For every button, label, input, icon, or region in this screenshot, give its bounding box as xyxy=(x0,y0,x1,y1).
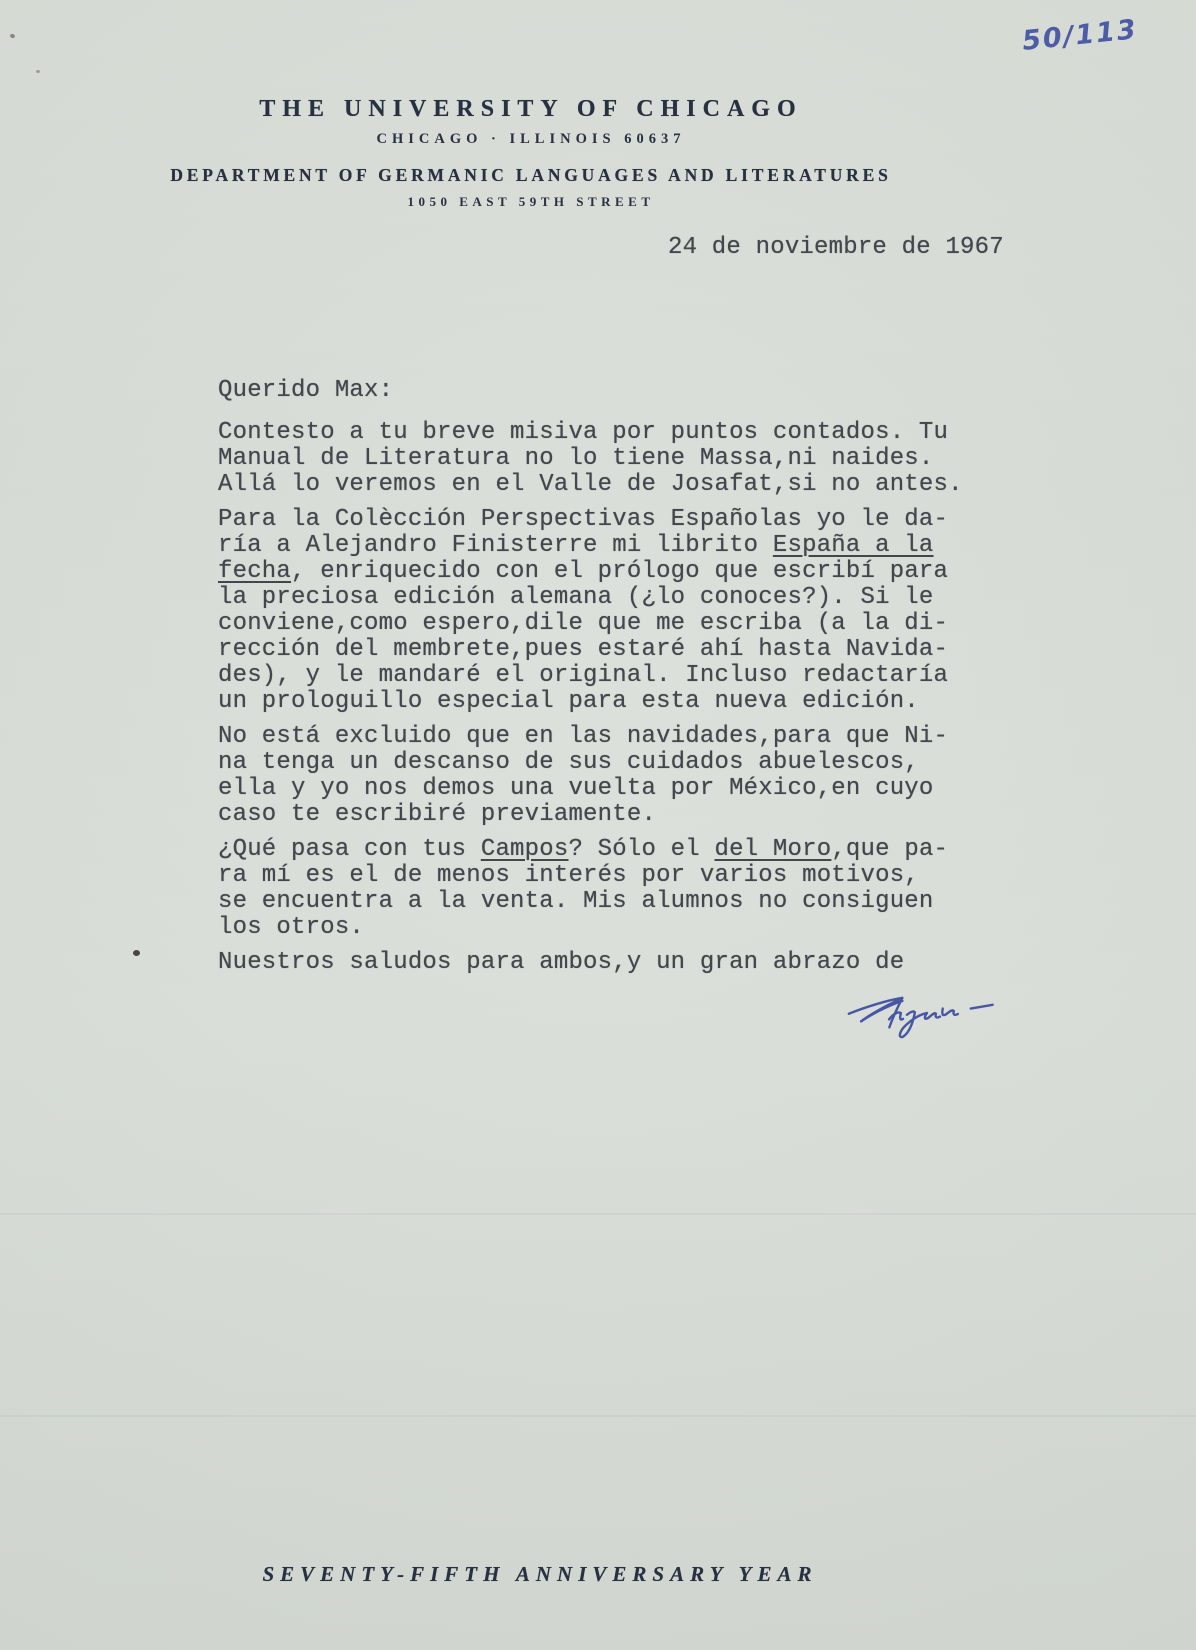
letter-text: conviene,como espero,dile que me escriba… xyxy=(218,610,948,637)
letter-text: Manual de Literatura no lo tiene Massa,n… xyxy=(218,445,934,472)
letter-line: fecha, enriquecido con el prólogo que es… xyxy=(218,559,988,585)
letter-text: des), y le mandaré el original. Incluso … xyxy=(218,662,948,689)
scan-streak xyxy=(0,1415,1196,1417)
letter-line: na tenga un descanso de sus cuidados abu… xyxy=(218,750,988,776)
letter-text: la preciosa edición alemana (¿lo conoces… xyxy=(218,584,934,611)
letter-line: Para la Colècción Perspectivas Españolas… xyxy=(218,507,988,533)
letter-line: No está excluido que en las navidades,pa… xyxy=(218,724,988,750)
letter-text: ra mí es el de menos interés por varios … xyxy=(218,862,919,889)
letter-text: Allá lo veremos en el Valle de Josafat,s… xyxy=(218,471,963,498)
letter-text: ella y yo nos demos una vuelta por Méxic… xyxy=(218,775,934,802)
letter-line: rección del membrete,pues estaré ahí has… xyxy=(218,637,988,663)
letter-line: Nuestros saludos para ambos,y un gran ab… xyxy=(218,950,988,976)
scan-streak xyxy=(0,1213,1196,1215)
letter-paragraph: Nuestros saludos para ambos,y un gran ab… xyxy=(218,950,988,976)
letter-text: ,que pa- xyxy=(831,836,948,863)
letterhead-university: THE UNIVERSITY OF CHICAGO xyxy=(0,96,1062,122)
letter-text: No está excluido que en las navidades,pa… xyxy=(218,723,948,750)
letterhead-street: 1050 EAST 59TH STREET xyxy=(0,194,1062,210)
letter-line: se encuentra a la venta. Mis alumnos no … xyxy=(218,889,988,915)
letter-line: Allá lo veremos en el Valle de Josafat,s… xyxy=(218,472,988,498)
underlined-title-text: fecha xyxy=(218,558,291,585)
letter-text: los otros. xyxy=(218,914,364,941)
letter-line: ¿Qué pasa con tus Campos? Sólo el del Mo… xyxy=(218,837,988,863)
letterhead: THE UNIVERSITY OF CHICAGO CHICAGO · ILLI… xyxy=(0,96,1062,210)
letter-line: caso te escribiré previamente. xyxy=(218,802,988,828)
signature-handwritten xyxy=(844,985,1014,1048)
letter-text: Nuestros saludos para ambos,y un gran ab… xyxy=(218,949,904,976)
letter-text: caso te escribiré previamente. xyxy=(218,801,656,828)
letter-body: Querido Max: Contesto a tu breve misiva … xyxy=(218,378,988,985)
underlined-title-text: del Moro xyxy=(715,836,832,863)
signature-ayala-scrawl xyxy=(844,985,1014,1043)
letter-text: na tenga un descanso de sus cuidados abu… xyxy=(218,749,919,776)
letter-line: conviene,como espero,dile que me escriba… xyxy=(218,611,988,637)
letter-text: , enriquecido con el prólogo que escribí… xyxy=(291,558,948,585)
letter-text: ? Sólo el xyxy=(568,836,714,863)
salutation: Querido Max: xyxy=(218,378,988,404)
ink-speck xyxy=(133,950,140,956)
letter-text: se encuentra a la venta. Mis alumnos no … xyxy=(218,888,934,915)
letter-text: ría a Alejandro Finisterre mi librito xyxy=(218,532,773,559)
letter-paragraph: ¿Qué pasa con tus Campos? Sólo el del Mo… xyxy=(218,837,988,941)
letter-text: ¿Qué pasa con tus xyxy=(218,836,481,863)
letter-paragraph: No está excluido que en las navidades,pa… xyxy=(218,724,988,828)
letter-text: Para la Colècción Perspectivas Españolas… xyxy=(218,506,948,533)
letter-paragraph: Contesto a tu breve misiva por puntos co… xyxy=(218,420,988,498)
letter-line: los otros. xyxy=(218,915,988,941)
anniversary-footer: SEVENTY-FIFTH ANNIVERSARY YEAR xyxy=(0,1562,1080,1587)
ink-speck xyxy=(9,33,15,38)
letter-line: la preciosa edición alemana (¿lo conoces… xyxy=(218,585,988,611)
date-line: 24 de noviembre de 1967 xyxy=(668,234,1004,262)
underlined-title-text: Campos xyxy=(481,836,569,863)
letterhead-city-line: CHICAGO · ILLINOIS 60637 xyxy=(0,131,1062,148)
letter-paragraphs: Contesto a tu breve misiva por puntos co… xyxy=(218,420,988,976)
letterhead-department: DEPARTMENT OF GERMANIC LANGUAGES AND LIT… xyxy=(0,165,1062,186)
letter-line: ra mí es el de menos interés por varios … xyxy=(218,863,988,889)
letter-line: ría a Alejandro Finisterre mi librito Es… xyxy=(218,533,988,559)
letter-line: un prologuillo especial para esta nueva … xyxy=(218,689,988,715)
letter-page: 50/113 THE UNIVERSITY OF CHICAGO CHICAGO… xyxy=(0,0,1196,1650)
ink-speck xyxy=(36,70,40,73)
archival-mark-handwritten: 50/113 xyxy=(1021,14,1139,57)
letter-text: rección del membrete,pues estaré ahí has… xyxy=(218,636,948,663)
letter-paragraph: Para la Colècción Perspectivas Españolas… xyxy=(218,507,988,715)
letter-line: des), y le mandaré el original. Incluso … xyxy=(218,663,988,689)
letter-text: Contesto a tu breve misiva por puntos co… xyxy=(218,419,948,446)
letter-line: Manual de Literatura no lo tiene Massa,n… xyxy=(218,446,988,472)
underlined-title-text: España a la xyxy=(773,532,934,559)
letter-line: ella y yo nos demos una vuelta por Méxic… xyxy=(218,776,988,802)
letter-line: Contesto a tu breve misiva por puntos co… xyxy=(218,420,988,446)
letter-text: un prologuillo especial para esta nueva … xyxy=(218,688,919,715)
